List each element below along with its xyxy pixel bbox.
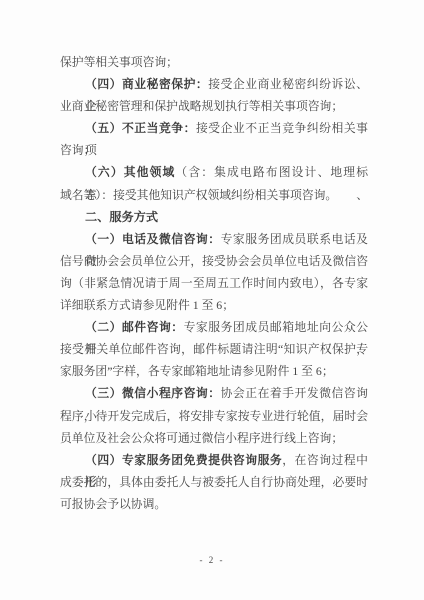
text-line: 咨询；	[60, 139, 368, 161]
text-run: 家服务团”字样，各专家邮箱地址请参见附件 1 至 6；	[60, 364, 334, 378]
text-line: 询（非紧急情况请于周一至周五工作时间内致电），各专家	[60, 272, 368, 294]
paragraph: （六）其他领域（含：集成电路布图设计、地理标志、域名等）：接受其他知识产权领域纠…	[60, 161, 368, 205]
text-line: （四）商业秘密保护：接受企业商业秘密纠纷诉讼、企	[60, 73, 368, 95]
page-number: - 2 -	[0, 555, 424, 565]
bold-run: （五）不正当竞争：	[85, 121, 196, 135]
text-run: 详细联系方式请参见附件 1 至 6；	[60, 298, 234, 312]
bold-run: 二、服务方式	[85, 210, 158, 224]
text-line: 家服务团”字样，各专家邮箱地址请参见附件 1 至 6；	[60, 360, 368, 382]
text-run: 域名等）：接受其他知识产权领域纠纷相关事项咨询。	[60, 188, 337, 202]
paragraph: （五）不正当竞争：接受企业不正当竞争纠纷相关事项咨询；	[60, 117, 368, 161]
text-run: 询（非紧急情况请于周一至周五工作时间内致电），各专家	[60, 276, 368, 290]
text-run: 信号向协会会员单位公开，接受协会会员单位电话及微信咨	[60, 254, 368, 268]
text-line: 保护等相关事项咨询；	[60, 51, 368, 73]
bold-run: （四）商业秘密保护：	[85, 77, 208, 91]
text-line: （四）专家服务团免费提供咨询服务，在咨询过程中形	[60, 449, 368, 471]
paragraph: （一）电话及微信咨询：专家服务团成员联系电话及微信号向协会会员单位公开，接受协会…	[60, 228, 368, 316]
text-line: 域名等）：接受其他知识产权领域纠纷相关事项咨询。	[60, 184, 368, 206]
text-run: 员单位及社会公众将可通过微信小程序进行线上咨询；	[60, 431, 343, 445]
text-line: 业商业秘密管理和保护战略规划执行等相关事项咨询；	[60, 95, 368, 117]
text-line: 详细联系方式请参见附件 1 至 6；	[60, 294, 368, 316]
paragraph: （二）邮件咨询：专家服务团成员邮箱地址向公众公开，接受相关单位邮件咨询，邮件标题…	[60, 316, 368, 382]
section-heading: 二、服务方式	[60, 206, 368, 228]
text-line: 成委托的，具体由委托人与被委托人自行协商处理，必要时	[60, 471, 368, 493]
text-line: 员单位及社会公众将可通过微信小程序进行线上咨询；	[60, 427, 368, 449]
text-run: 成委托的，具体由委托人与被委托人自行协商处理，必要时	[60, 475, 368, 489]
paragraph: （四）专家服务团免费提供咨询服务，在咨询过程中形成委托的，具体由委托人与被委托人…	[60, 449, 368, 515]
bold-run: （六）其他领域	[85, 165, 175, 179]
paragraph: （三）微信小程序咨询：协会正在着手开发微信咨询小程序，待开发完成后，将安排专家按…	[60, 382, 368, 448]
text-run: 接受相关单位邮件咨询，邮件标题请注明“知识产权保护专	[60, 342, 368, 356]
text-run: 可报协会予以协调。	[60, 497, 166, 511]
text-line: （五）不正当竞争：接受企业不正当竞争纠纷相关事项	[60, 117, 368, 139]
text-line: （三）微信小程序咨询：协会正在着手开发微信咨询小	[60, 382, 368, 404]
text-line: 接受相关单位邮件咨询，邮件标题请注明“知识产权保护专	[60, 338, 368, 360]
page-body: 保护等相关事项咨询；（四）商业秘密保护：接受企业商业秘密纠纷诉讼、企业商业秘密管…	[60, 51, 368, 515]
text-run: 咨询；	[60, 143, 95, 157]
paragraph: （四）商业秘密保护：接受企业商业秘密纠纷诉讼、企业商业秘密管理和保护战略规划执行…	[60, 73, 368, 117]
text-run: 业商业秘密管理和保护战略规划执行等相关事项咨询；	[60, 99, 343, 113]
text-line: （一）电话及微信咨询：专家服务团成员联系电话及微	[60, 228, 368, 250]
paragraph: 保护等相关事项咨询；	[60, 51, 368, 73]
text-line: 信号向协会会员单位公开，接受协会会员单位电话及微信咨	[60, 250, 368, 272]
bold-run: （二）邮件咨询：	[85, 320, 184, 334]
document-page: 保护等相关事项咨询；（四）商业秘密保护：接受企业商业秘密纠纷诉讼、企业商业秘密管…	[0, 0, 424, 600]
text-line: 程序，待开发完成后，将安排专家按专业进行轮值，届时会	[60, 405, 368, 427]
text-line: （二）邮件咨询：专家服务团成员邮箱地址向公众公开，	[60, 316, 368, 338]
text-line: 可报协会予以协调。	[60, 493, 368, 515]
bold-run: （三）微信小程序咨询：	[85, 386, 221, 400]
bold-run: （一）电话及微信咨询：	[85, 232, 221, 246]
text-line: （六）其他领域（含：集成电路布图设计、地理标志、	[60, 161, 368, 183]
text-run: 程序，待开发完成后，将安排专家按专业进行轮值，届时会	[60, 409, 368, 423]
bold-run: （四）专家服务团免费提供咨询服务	[85, 453, 282, 467]
text-line: 二、服务方式	[60, 206, 368, 228]
text-run: 保护等相关事项咨询；	[60, 55, 178, 69]
